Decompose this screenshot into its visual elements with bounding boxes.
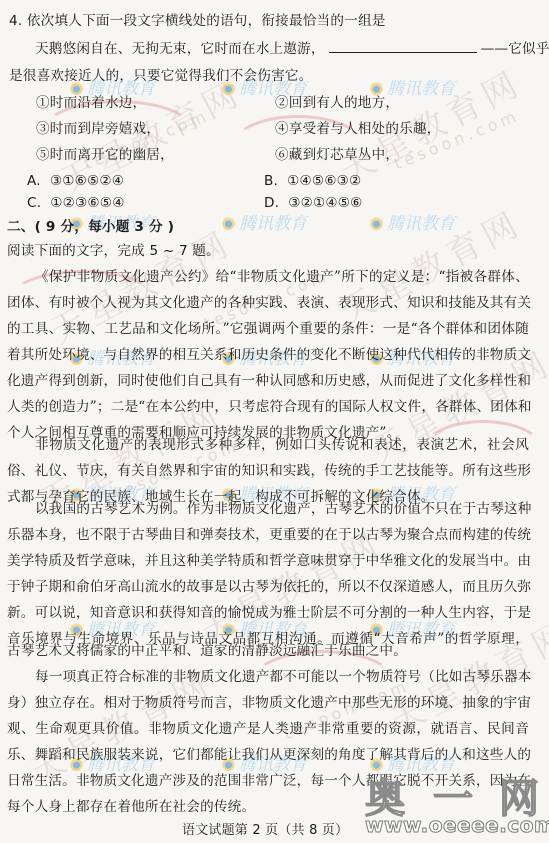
option-value: ③①⑥⑤②④ <box>50 173 124 189</box>
tengxun-logo-icon <box>370 217 383 230</box>
passage-line: 每个人身上都存在着他所在社会的传统。 <box>7 798 255 816</box>
oeeee-watermark-logo: 奥 一 网 www.oeeee.com <box>365 767 543 837</box>
passage-line: 的工具、实物、工艺品和文化场所。”它强调两个重要的条件：一是“各个群体和团体随 <box>7 320 529 338</box>
passage-line: 《保护非物质文化遗产公约》给“非物质文化遗产”所下的定义是：“指被各群体、 <box>35 268 529 286</box>
passage-line: 团体、有时被个人视为其文化遗产的各种实践、表演、表现形式、知识和技能及其有关 <box>7 294 529 312</box>
q4-option-c: C. ①②③⑥⑤④ <box>27 194 125 212</box>
tengxun-watermark: 腾讯教育 <box>370 209 455 234</box>
option-label: A. <box>27 173 41 189</box>
passage-line: 非物质文化遗产的表现形式多种多样，例如口头传说和表述，表演艺术，社会风 <box>35 436 529 454</box>
q4-item-5: ⑤时而离开它的幽居， <box>36 146 174 164</box>
passage-line: 新。可以说，知音意识和获得知音的愉悦成为雅士阶层不可分割的一种人生内容，于是 <box>7 604 529 622</box>
q4-item-4: ④享受着与人相处的乐趣， <box>275 120 441 138</box>
section-2-instruction: 阅读下面的文字，完成 5 ~ 7 题。 <box>7 242 220 260</box>
passage-line: 着其所处环境、与自然界的相互关系和历史条件的变化不断使这种代代相传的非物质文 <box>7 346 529 364</box>
passage-line: 化遗产得到创新，同时使他们自己具有一种认同感和历史感，从而促进了文化多样性和 <box>7 372 529 390</box>
q4-option-a: A. ③①⑥⑤②④ <box>27 172 124 190</box>
passage-line: 乐器本身，也不限于古琴曲目和弹奏技术，更重要的在于以古琴为聚合点而构建的传统 <box>7 526 529 544</box>
q4-item-6: ⑥藏到灯芯草丛中， <box>275 146 399 164</box>
passage-line: 乐、舞蹈和民族服装来说，它们都能让我们从更深刻的角度了解其背后的人和这些人的 <box>7 746 529 764</box>
question-4-stem: 4. 依次填人下面一段文字横线处的语句，衔接最恰当的一组是 <box>9 12 386 30</box>
answer-blank <box>329 40 477 53</box>
logo-url: www.oeeee.com <box>365 813 543 837</box>
option-value: ③②①④⑤⑥ <box>288 195 362 211</box>
q4-option-d: D. ③②①④⑤⑥ <box>264 194 363 212</box>
question-4-passage-line1: 天鹅悠闲自在、无拘无束，它时而在水上遨游，——它似乎 <box>35 40 549 58</box>
q4-option-b: B. ①④⑤⑥③② <box>264 172 361 190</box>
question-4-passage-line2: 是很喜欢接近人的，只要它觉得我们不会伤害它。 <box>9 67 312 85</box>
tengxun-watermark: 腾讯教育 <box>222 209 307 234</box>
tengxun-logo-icon <box>222 217 235 230</box>
q4-item-1: ①时而沿着水边， <box>36 94 146 112</box>
tianxing-watermark: 天星教育网 <box>330 196 530 333</box>
option-label: D. <box>264 195 279 211</box>
passage-line: 古琴艺术又将儒家的中正平和、道家的清静淡远融汇于乐曲之中。 <box>7 642 407 660</box>
passage-line: 观、生命观更具价值。非物质文化遗产是人类遗产非常重要的资源，就语言、民间音 <box>7 720 529 738</box>
option-value: ①④⑤⑥③② <box>287 173 361 189</box>
passage-line: 以我国的古琴艺术为例。作为非物质文化遗产，古琴艺术的价值不只在于古琴这种 <box>35 500 529 518</box>
section-2-heading: 二、( 9 分，每小题 3 分 ) <box>7 218 174 236</box>
passage-line: 美学特质及哲学意味，并且这种美学特质和哲学意味贯穿于中华雅文化的发展当中。由 <box>7 552 529 570</box>
passage-after-blank: ——它似乎 <box>481 41 549 57</box>
tesoon-watermark: tesoon.com <box>391 106 522 174</box>
q4-item-2: ②回到有人的地方， <box>275 94 399 112</box>
passage-line: 俗、礼仪、节庆，有关自然界和宇宙的知识和实践，传统的手工艺技能等。所有这些形 <box>7 462 529 480</box>
passage-before-blank: 天鹅悠闲自在、无拘无束，它时而在水上遨游， <box>35 41 325 57</box>
passage-line: 每一项真正符合标准的非物质文化遗产都不可能以一个物质符号（比如古琴乐器本 <box>35 668 529 686</box>
passage-line: 于钟子期和俞伯牙高山流水的故事是以古琴为依托的，所以不仅深道感人，而且历久弥 <box>7 578 529 596</box>
page-number-footer: 语文试题第 2 页（共 8 页） <box>182 822 348 840</box>
exam-page: 天星教育网 天星教育网 天星教育网 天星教育网 天星教育网 天星教育网 天星教育… <box>0 0 549 843</box>
option-label: C. <box>27 195 41 211</box>
q4-item-3: ③时而到岸旁嬉戏， <box>36 120 160 138</box>
passage-line: 身）独立存在。相对于物质符号而言，非物质文化遗产中那些无形的环境、抽象的宇宙 <box>7 694 529 712</box>
option-value: ①②③⑥⑤④ <box>50 195 124 211</box>
option-label: B. <box>264 173 278 189</box>
passage-line: 人类的创造力”；二是“在本公约中，只考虑符合现有的国际人权文件，各群体、团体和 <box>7 398 529 416</box>
